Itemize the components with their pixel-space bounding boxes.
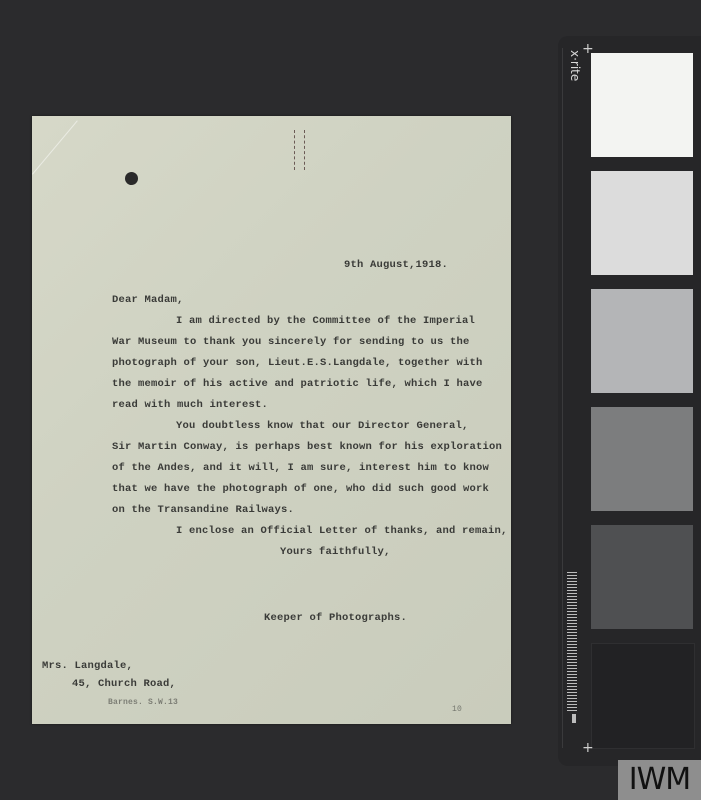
body-line: read with much interest. (112, 399, 268, 411)
closing: Yours faithfully, (280, 546, 391, 558)
folded-corner (32, 120, 78, 174)
body-line: the memoir of his active and patriotic l… (112, 378, 483, 390)
swatch-white (591, 53, 693, 157)
body-line: on the Transandine Railways. (112, 504, 294, 516)
ruler-end-mark (572, 714, 576, 723)
brand-label: x·rite (568, 50, 582, 81)
punch-hole (125, 172, 138, 185)
iwm-watermark: IWM (618, 760, 701, 800)
swatch-mid-light-gray (591, 289, 693, 393)
xrite-logo: x·rite (564, 50, 582, 110)
swatch-mid-gray (591, 407, 693, 511)
swatch-black (591, 643, 695, 749)
letter-page: 9th August,1918. Dear Madam, I am direct… (32, 116, 511, 724)
letter-date: 9th August,1918. (344, 259, 448, 271)
body-line: I am directed by the Committee of the Im… (176, 315, 475, 327)
signature-title: Keeper of Photographs. (264, 612, 407, 624)
body-line: that we have the photograph of one, who … (112, 483, 489, 495)
crosshair-icon: + (582, 741, 594, 755)
pin-mark (304, 130, 306, 170)
body-line: War Museum to thank you sincerely for se… (112, 336, 470, 348)
recipient-name: Mrs. Langdale, (42, 660, 133, 672)
recipient-address: 45, Church Road, (72, 678, 176, 690)
salutation: Dear Madam, (112, 294, 184, 306)
body-line: I enclose an Official Letter of thanks, … (176, 525, 508, 537)
pin-mark (294, 130, 296, 170)
scale-ruler (567, 572, 577, 712)
body-line: Sir Martin Conway, is perhaps best known… (112, 441, 502, 453)
swatch-dark-gray (591, 525, 693, 629)
recipient-address-cutoff: Barnes. S.W.13 (108, 698, 178, 707)
swatch-light-gray (591, 171, 693, 275)
color-checker-card: + x·rite + (558, 36, 701, 766)
body-line: of the Andes, and it will, I am sure, in… (112, 462, 489, 474)
body-line: You doubtless know that our Director Gen… (176, 420, 469, 432)
page-number: 10 (452, 705, 462, 714)
card-edge (562, 48, 563, 748)
body-line: photograph of your son, Lieut.E.S.Langda… (112, 357, 483, 369)
